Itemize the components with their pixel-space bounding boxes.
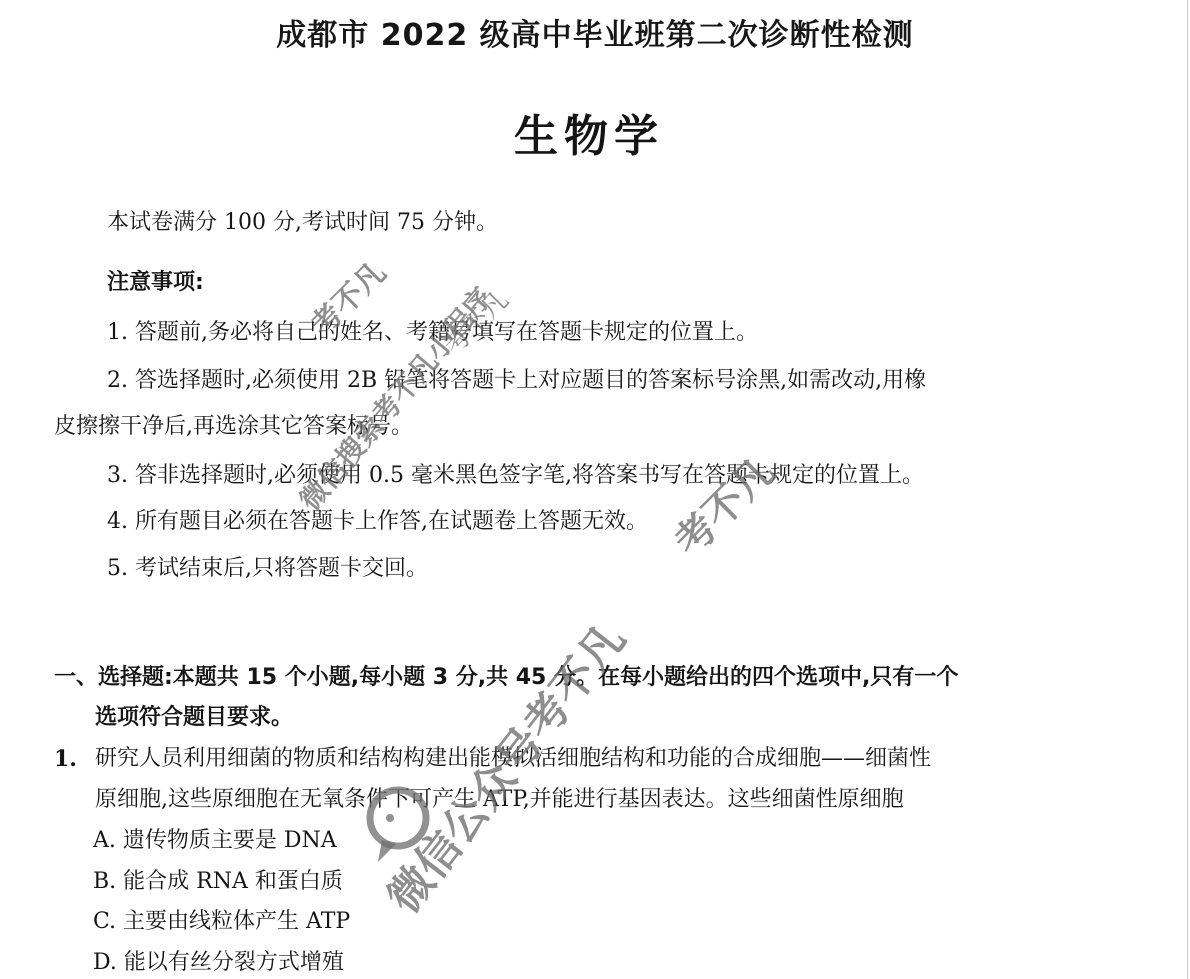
note-item-1: 1. 答题前,务必将自己的姓名、考籍号填写在答题卡规定的位置上。 — [107, 318, 758, 348]
section-heading-continued: 选项符合题目要求。 — [95, 703, 293, 733]
note-item-2: 2. 答选择题时,必须使用 2B 铅笔将答题卡上对应题目的答案标号涂黑,如需改动… — [107, 366, 926, 396]
note-item-2-continued: 皮擦擦干净后,再选涂其它答案标号。 — [54, 412, 413, 442]
question-stem-line-1: 研究人员利用细菌的物质和结构构建出能模拟活细胞结构和功能的合成细胞——细菌性 — [95, 744, 931, 774]
score-time-text: 本试卷满分 100 分,考试时间 75 分钟。 — [107, 208, 498, 238]
option-a: A. 遗传物质主要是 DNA — [93, 826, 337, 856]
page-edge-divider — [1187, 0, 1188, 979]
question-number: 1. — [54, 744, 77, 774]
question-stem-line-2: 原细胞,这些原细胞在无氧条件下可产生 ATP,并能进行基因表达。这些细菌性原细胞 — [95, 785, 904, 815]
note-item-3: 3. 答非选择题时,必须使用 0.5 毫米黑色签字笔,将答案书写在答题卡规定的位… — [107, 461, 924, 491]
subject-title: 生物学 — [0, 100, 1178, 164]
option-b: B. 能合成 RNA 和蛋白质 — [93, 867, 343, 897]
option-d: D. 能以有丝分裂方式增殖 — [93, 948, 344, 978]
exam-title: 成都市 2022 级高中毕业班第二次诊断性检测 — [0, 10, 1190, 54]
option-c: C. 主要由线粒体产生 ATP — [93, 907, 350, 937]
exam-page: 成都市 2022 级高中毕业班第二次诊断性检测 生物学 本试卷满分 100 分,… — [0, 0, 1190, 979]
note-item-5: 5. 考试结束后,只将答题卡交回。 — [107, 554, 428, 584]
section-heading: 一、选择题:本题共 15 个小题,每小题 3 分,共 45 分。在每小题给出的四… — [54, 663, 958, 693]
notes-heading: 注意事项: — [107, 268, 204, 298]
note-item-4: 4. 所有题目必须在答题卡上作答,在试题卷上答题无效。 — [107, 507, 648, 537]
